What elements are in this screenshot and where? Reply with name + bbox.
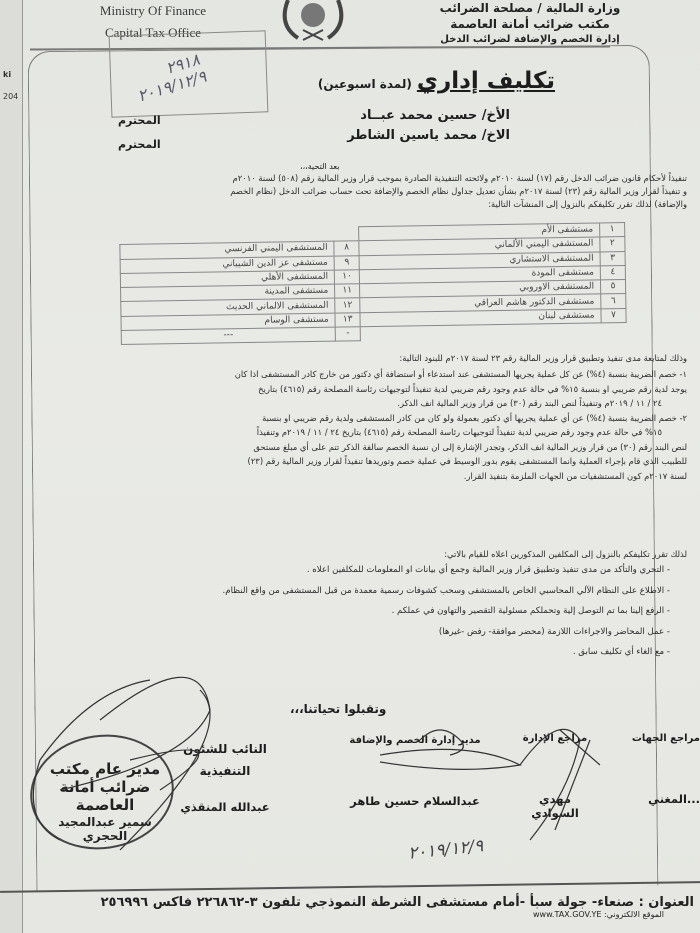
row-number: ٣: [600, 251, 625, 266]
office-name-ar: مكتب ضرائب أمانة العاصمة: [430, 16, 630, 32]
clause-line: لنص البند رقم (٣٠) من قرار وزير المالية …: [105, 440, 687, 455]
clause-line: ٢٤ / ١١ / ٢٠١٩م وتنفيذاً لنص البند رقم (…: [105, 396, 687, 411]
intro-paragraph: تنفيذاً لأحكام قانون ضرائب الدخل رقم (١٧…: [105, 172, 687, 211]
row-number: ١٢: [335, 298, 360, 313]
document-title: تكليف إداري (لمدة اسبوعين): [255, 68, 555, 94]
task-item: - التحري والتأكد من مدى تنفيذ وتطبيق قرا…: [150, 560, 670, 581]
handwritten-signatures-icon: [0, 590, 700, 890]
addressee-1: الأخ/ حسين محمد عبــاد: [260, 108, 510, 123]
arabic-header: وزارة المالية / مصلحة الضرائب مكتب ضرائب…: [430, 0, 630, 48]
clause-line: يوجد لدية رقم ضريبي او بنسبة ١٥% في حالة…: [105, 382, 687, 397]
greeting: بعد التحية،،،: [300, 162, 340, 171]
row-number: -: [335, 327, 360, 342]
hospital-name: ---: [121, 327, 335, 345]
clauses: ١- خصم الضريبة بنسبة (٤%) عن كل عملية يج…: [105, 367, 687, 483]
row-number: ١١: [335, 284, 360, 299]
row-number: ٤: [600, 265, 625, 280]
row-number: ٦: [601, 294, 626, 309]
row-number: ١: [600, 223, 625, 238]
honorific-1: المحترم: [118, 114, 161, 127]
row-number: ٢: [600, 237, 625, 252]
incoming-stamp: ٢٩١٨ ٢٠١٩/١٢/٩: [109, 30, 269, 117]
clause-line: ١٥% في حالة عدم وجود رقم ضريبي لدية تنفي…: [105, 425, 687, 440]
title-duration: (لمدة اسبوعين): [318, 77, 412, 91]
clause-line: ١- خصم الضريبة بنسبة (٤%) عن كل عملية يج…: [105, 367, 687, 382]
document-page: ki 204 Ministry Of Finance Capital Tax O…: [0, 0, 700, 933]
yemen-emblem-icon: [278, 0, 348, 42]
honorific-2: المحترم: [118, 138, 161, 151]
intro-line: والإضافة) لذلك تقرر تكليفكم بالنزول إلى …: [105, 198, 687, 211]
footer-website: الموقع الالكتروني: www.TAX.GOV.YE: [0, 910, 664, 919]
row-number: ٧: [601, 308, 626, 323]
ministry-name-ar: وزارة المالية / مصلحة الضرائب: [430, 0, 630, 16]
intro-line: و تنفيذاً لقرار وزير المالية رقم (٢٣) لس…: [105, 185, 687, 198]
ministry-name: Ministry Of Finance: [68, 0, 238, 22]
clause-line: لسنة ٢٠١٧م كون المستشفيات من الجهات المل…: [105, 469, 687, 484]
clause-line: للطبيب الذي قام بإجراء العملية وانما الم…: [105, 454, 687, 469]
row-number: ٩: [334, 255, 359, 270]
addressee-2: الاخ/ محمد ياسين الشاطر: [260, 128, 510, 143]
footer: العنوان : صنعاء- جولة سبأ -أمام مستشفى ا…: [0, 895, 700, 919]
edge-mark: 204: [3, 92, 18, 101]
footer-address: العنوان : صنعاء- جولة سبأ -أمام مستشفى ا…: [0, 895, 694, 910]
title-main: تكليف إداري: [417, 68, 555, 94]
row-number: ١٣: [335, 312, 360, 327]
row-number: ٨: [334, 241, 359, 256]
edge-mark: ki: [3, 70, 11, 79]
row-number: ١٠: [334, 270, 359, 285]
clause-line: ٢- خصم الضريبة بنسبة (٤%) عن أي عملية يج…: [105, 411, 687, 426]
intro-line: تنفيذاً لأحكام قانون ضرائب الدخل رقم (١٧…: [105, 172, 687, 185]
row-number: ٥: [600, 280, 625, 295]
hospitals-table: ١ مستشفى الأم ٢ المستشفى اليمني الألماني…: [119, 222, 627, 345]
follow-up-text: وذلك لمتابعة مدى تنفيذ وتطبيق قرار وزير …: [105, 352, 687, 365]
